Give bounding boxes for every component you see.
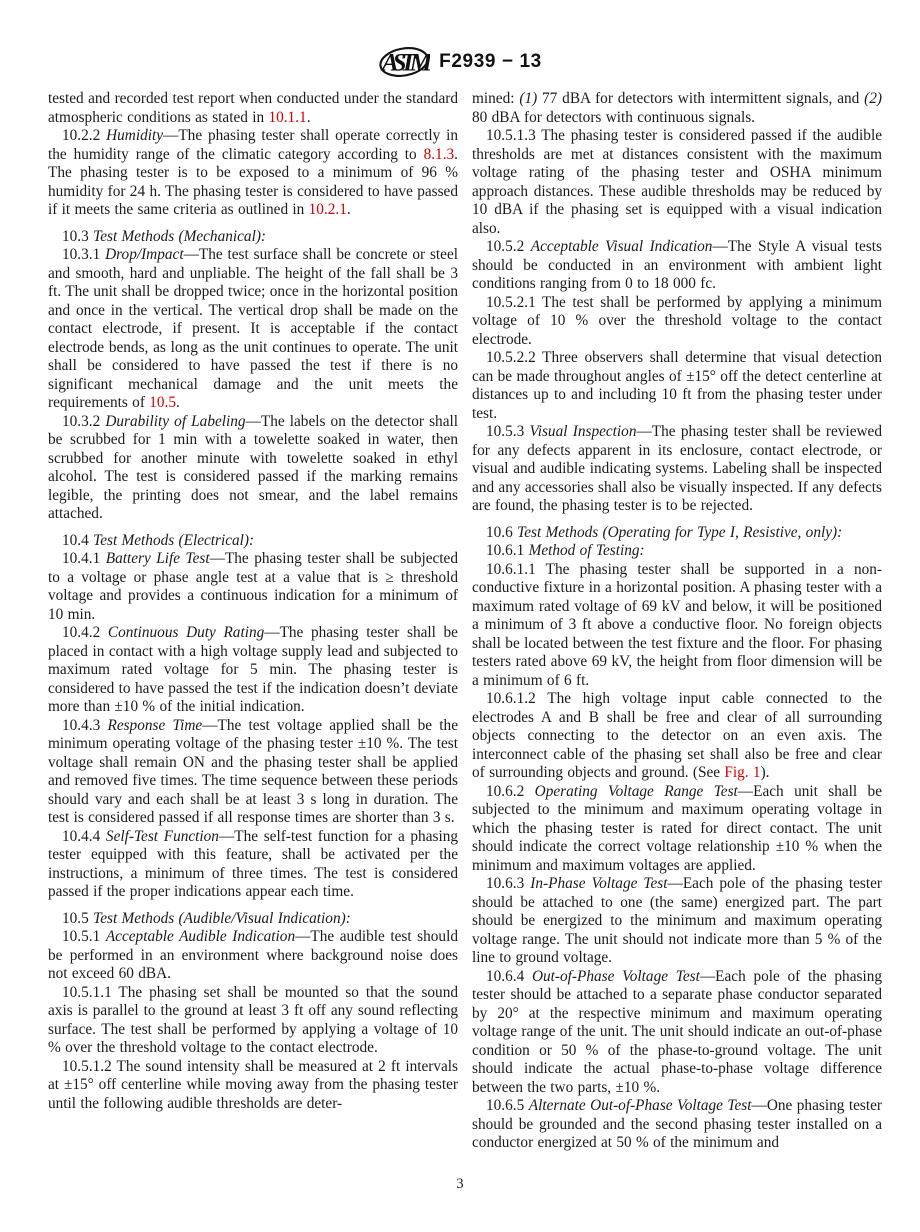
paragraph: 10.5.2.1 The test shall be performed by … — [472, 294, 882, 350]
paragraph: 10.5.1.2 The sound intensity shall be me… — [48, 1058, 458, 1114]
text-run: Method of Testing: — [529, 542, 645, 559]
text-run: 10.4 — [62, 532, 93, 549]
two-column-body: tested and recorded test report when con… — [48, 90, 882, 1153]
cross-reference-link[interactable]: 10.1.1 — [268, 109, 306, 126]
text-run: 10.3.2 — [62, 413, 105, 430]
paragraph: 10.6.4 Out-of-Phase Voltage Test—Each po… — [472, 968, 882, 1098]
text-run: Visual Inspection — [530, 423, 637, 440]
text-run: 10.6.5 — [486, 1097, 529, 1114]
paragraph: tested and recorded test report when con… — [48, 90, 458, 127]
text-run: Operating Voltage Range Test — [535, 783, 738, 800]
text-run: 10.4.2 — [62, 624, 108, 641]
text-run: 10.4.1 — [62, 550, 106, 567]
text-run: 10.3.1 — [62, 246, 105, 263]
text-run: Continuous Duty Rating — [108, 624, 264, 641]
text-run: 10.6.1 — [486, 542, 529, 559]
paragraph: 10.4.4 Self-Test Function—The self-test … — [48, 828, 458, 902]
text-run: 10.6 — [486, 524, 517, 541]
paragraph: 10.4.3 Response Time—The test voltage ap… — [48, 717, 458, 828]
text-run: 10.5 — [62, 910, 93, 927]
text-run: 10.4.4 — [62, 828, 106, 845]
text-run: 10.6.3 — [486, 875, 530, 892]
paragraph: 10.6.2 Operating Voltage Range Test—Each… — [472, 783, 882, 876]
left-column: tested and recorded test report when con… — [48, 90, 458, 1153]
text-run: ). — [761, 764, 770, 781]
text-run: Alternate Out-of-Phase Voltage Test — [529, 1097, 752, 1114]
text-run: 10.5.1.3 The phasing tester is considere… — [472, 127, 882, 237]
text-run: 10.4.3 — [62, 717, 107, 734]
text-run: Out-of-Phase Voltage Test — [532, 968, 700, 985]
text-run: Test Methods (Audible/Visual Indication)… — [93, 910, 351, 927]
text-run: . — [307, 109, 311, 126]
text-run: In-Phase Voltage Test — [530, 875, 667, 892]
text-run: 10.5.1 — [62, 928, 106, 945]
text-run: (1) — [519, 90, 537, 107]
paragraph: 10.6.1.2 The high voltage input cable co… — [472, 690, 882, 783]
astm-logo-icon: ASTM — [378, 42, 430, 82]
page-number: 3 — [456, 1176, 463, 1192]
paragraph: 10.4 Test Methods (Electrical): — [48, 532, 458, 551]
cross-reference-link[interactable]: Fig. 1 — [724, 764, 760, 781]
text-run: 10.2.2 — [62, 127, 106, 144]
text-run: 10.6.4 — [486, 968, 532, 985]
text-run: 10.5.2 — [486, 238, 531, 255]
text-run: 10.5.1.2 The sound intensity shall be me… — [48, 1058, 458, 1112]
text-run: Acceptable Visual Indication — [531, 238, 713, 255]
text-run: 10.5.3 — [486, 423, 530, 440]
text-run: 10.6.1.2 The high voltage input cable co… — [472, 690, 882, 781]
text-run: mined: — [472, 90, 519, 107]
paragraph: 10.5.3 Visual Inspection—The phasing tes… — [472, 423, 882, 516]
text-run: . — [176, 394, 180, 411]
cross-reference-link[interactable]: 10.2.1 — [309, 201, 347, 218]
paragraph: 10.6.1.1 The phasing tester shall be sup… — [472, 561, 882, 691]
paragraph: 10.3 Test Methods (Mechanical): — [48, 228, 458, 247]
text-run: Test Methods (Operating for Type I, Resi… — [517, 524, 842, 541]
text-run: Battery Life Test — [106, 550, 210, 567]
text-run: tested and recorded test report when con… — [48, 90, 458, 126]
paragraph: mined: (1) 77 dBA for detectors with int… — [472, 90, 882, 127]
text-run: Test Methods (Mechanical): — [93, 228, 266, 245]
text-run: (2) — [864, 90, 882, 107]
paragraph: 10.6 Test Methods (Operating for Type I,… — [472, 524, 882, 543]
text-run: Humidity — [106, 127, 163, 144]
text-run: 10.5.1.1 The phasing set shall be mounte… — [48, 984, 458, 1057]
paragraph: 10.6.1 Method of Testing: — [472, 542, 882, 561]
text-run: 10.5.2.2 Three observers shall determine… — [472, 349, 882, 422]
svg-text:ASTM: ASTM — [380, 50, 430, 77]
paragraph: 10.4.1 Battery Life Test—The phasing tes… — [48, 550, 458, 624]
paragraph: 10.5.2 Acceptable Visual Indication—The … — [472, 238, 882, 294]
paragraph: 10.3.2 Durability of Labeling—The labels… — [48, 413, 458, 524]
cross-reference-link[interactable]: 8.1.3 — [424, 146, 455, 163]
text-run: Test Methods (Electrical): — [93, 532, 254, 549]
text-run: Acceptable Audible Indication — [106, 928, 295, 945]
text-run: —Each pole of the phasing tester should … — [472, 968, 882, 1096]
page-title: F2939 − 13 — [439, 51, 542, 73]
text-run: —The test surface shall be concrete or s… — [48, 246, 458, 411]
page-header: ASTM F2939 − 13 — [0, 42, 920, 82]
paragraph: 10.3.1 Drop/Impact—The test surface shal… — [48, 246, 458, 413]
text-run: 10.3 — [62, 228, 93, 245]
text-run: 10.6.1.1 The phasing tester shall be sup… — [472, 561, 882, 689]
cross-reference-link[interactable]: 10.5 — [149, 394, 176, 411]
document-page: ASTM F2939 − 13 tested and recorded test… — [0, 0, 920, 1232]
paragraph: 10.5 Test Methods (Audible/Visual Indica… — [48, 910, 458, 929]
text-run: . — [347, 201, 351, 218]
right-column: mined: (1) 77 dBA for detectors with int… — [472, 90, 882, 1153]
paragraph: 10.5.2.2 Three observers shall determine… — [472, 349, 882, 423]
text-run: Self-Test Function — [106, 828, 219, 845]
text-run: Drop/Impact — [105, 246, 183, 263]
text-run: Response Time — [107, 717, 202, 734]
text-run: 77 dBA for detectors with intermittent s… — [537, 90, 864, 107]
text-run: 10.5.2.1 The test shall be performed by … — [472, 294, 882, 348]
text-run: Durability of Labeling — [105, 413, 245, 430]
paragraph: 10.2.2 Humidity—The phasing tester shall… — [48, 127, 458, 220]
text-run: 80 dBA for detectors with continuous sig… — [472, 109, 755, 126]
paragraph: 10.5.1 Acceptable Audible Indication—The… — [48, 928, 458, 984]
paragraph: 10.6.5 Alternate Out-of-Phase Voltage Te… — [472, 1097, 882, 1153]
page-footer: 3 — [0, 1176, 920, 1193]
paragraph: 10.5.1.3 The phasing tester is considere… — [472, 127, 882, 238]
paragraph: 10.6.3 In-Phase Voltage Test—Each pole o… — [472, 875, 882, 968]
paragraph: 10.4.2 Continuous Duty Rating—The phasin… — [48, 624, 458, 717]
paragraph: 10.5.1.1 The phasing set shall be mounte… — [48, 984, 458, 1058]
text-run: 10.6.2 — [486, 783, 535, 800]
